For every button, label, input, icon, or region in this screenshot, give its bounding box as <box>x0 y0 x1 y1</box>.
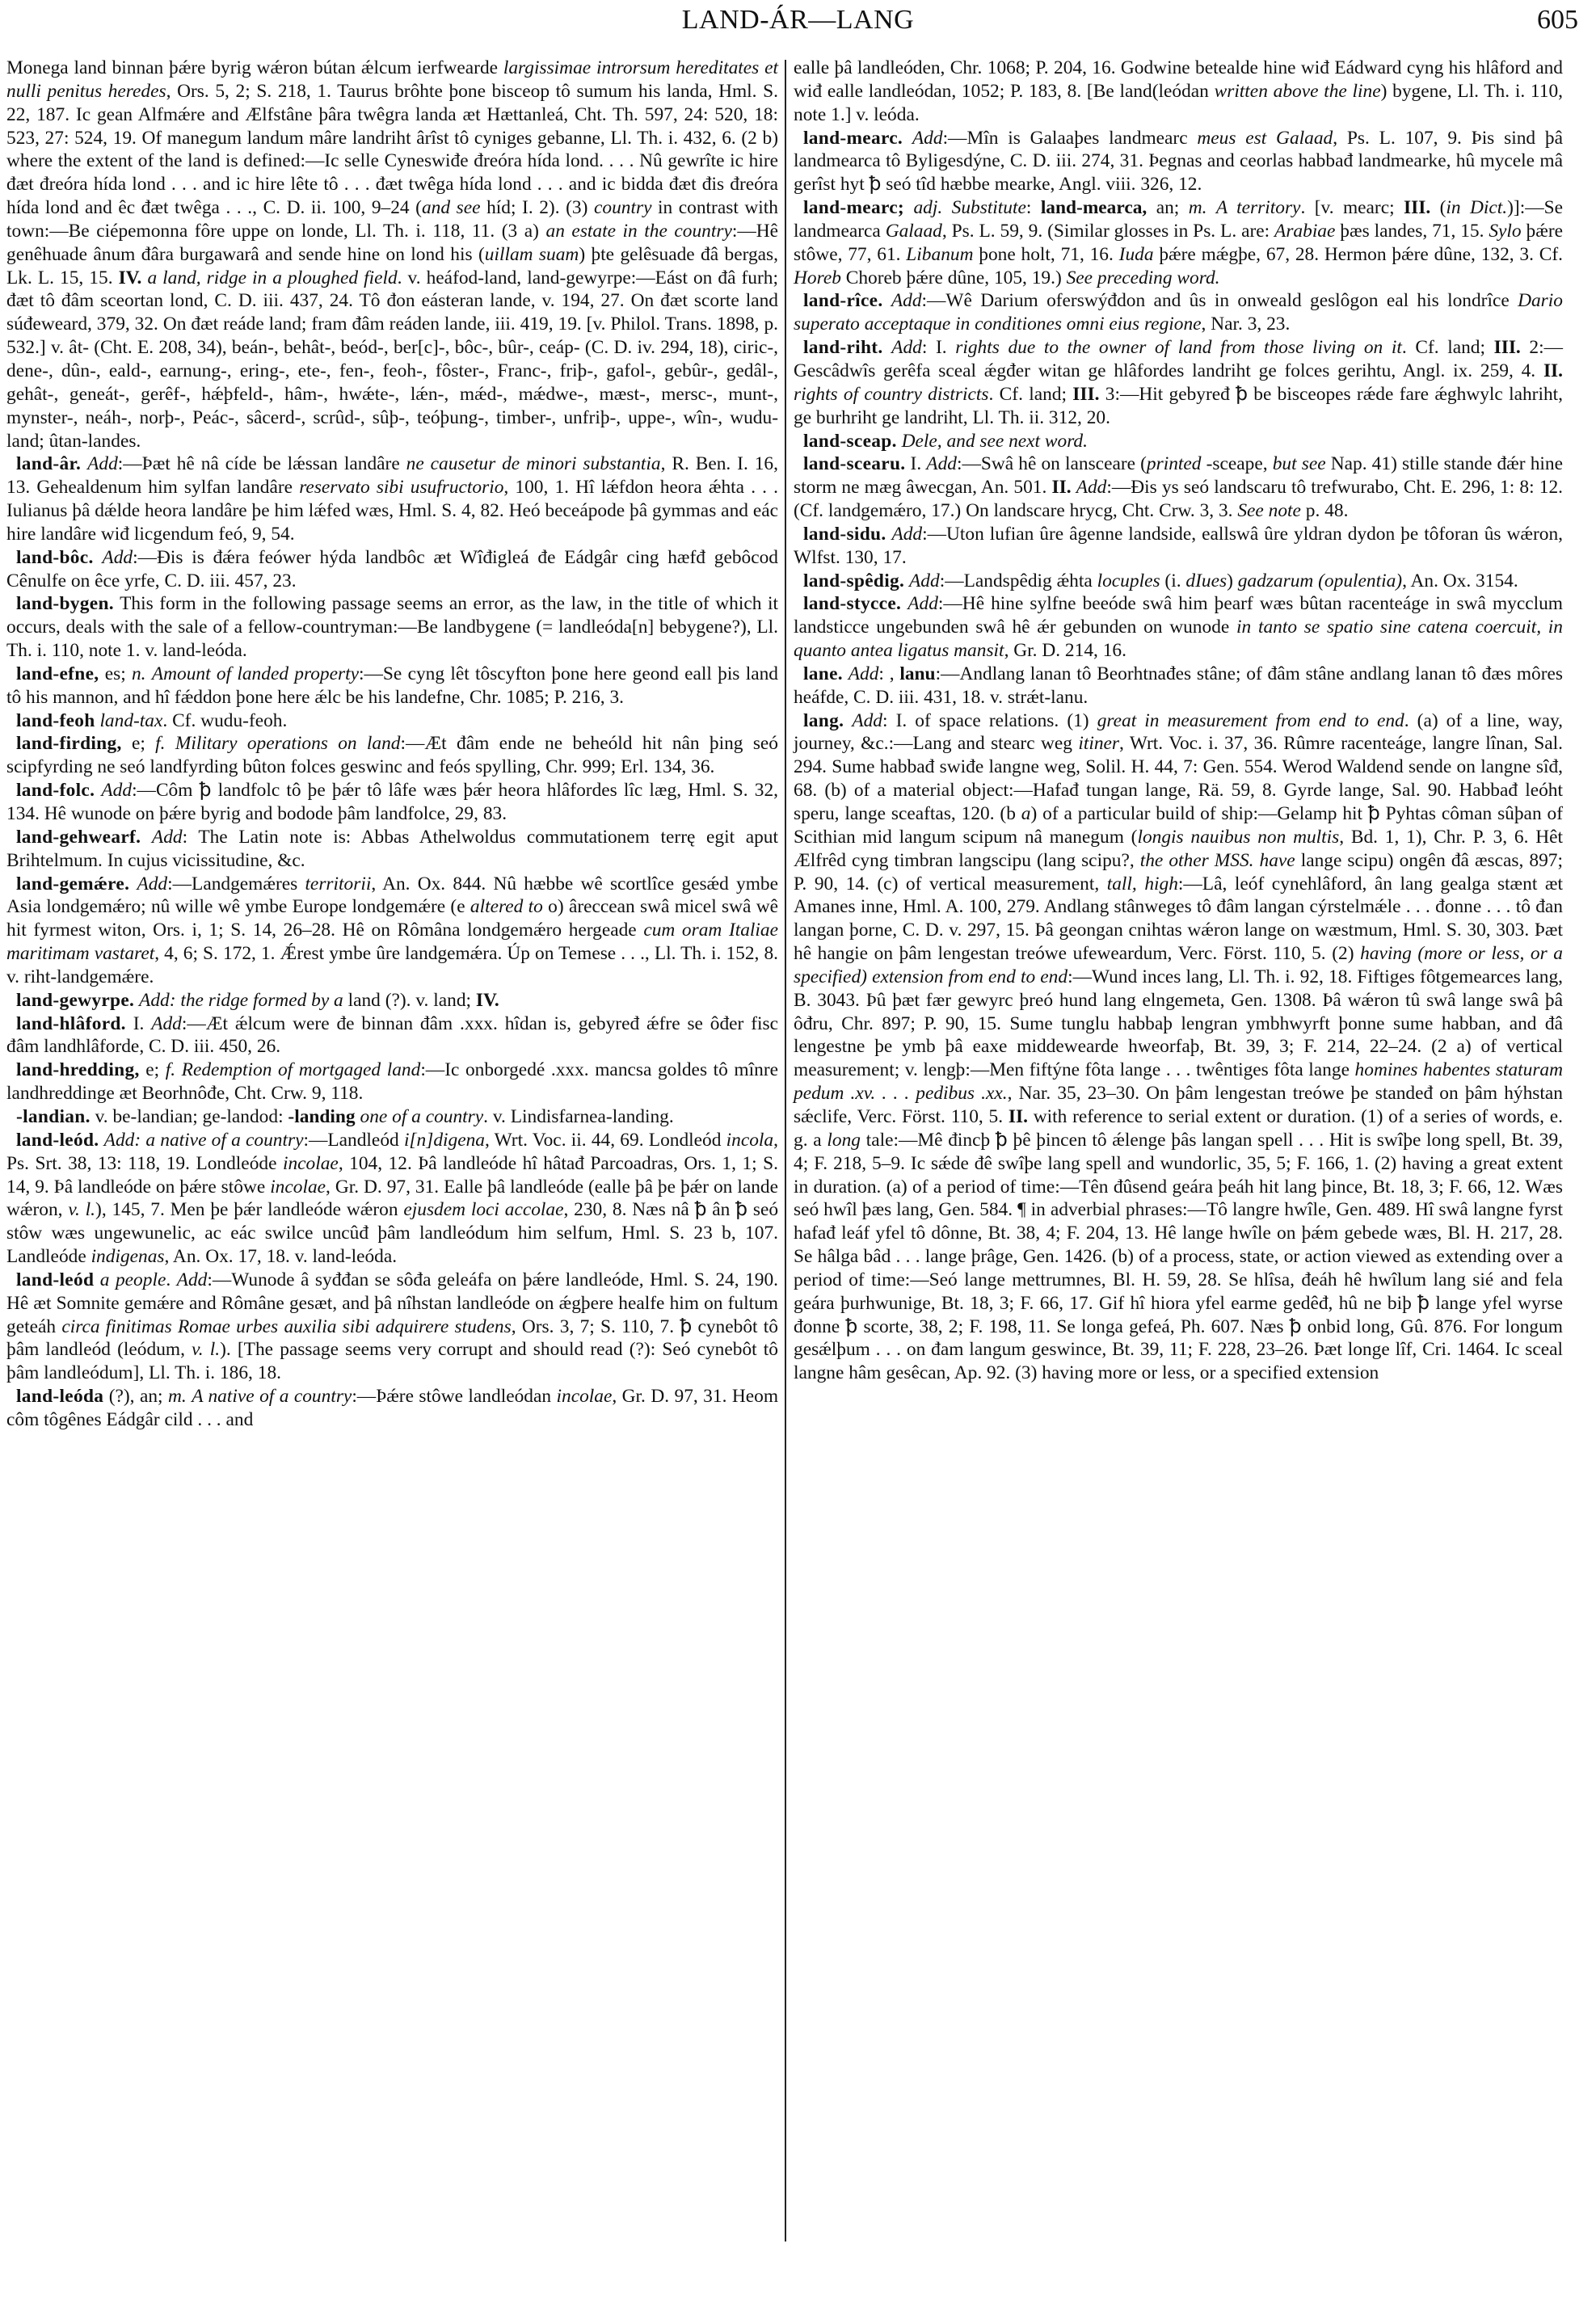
italic-gloss: Add <box>152 827 183 848</box>
entry-headword: land-mearc; <box>803 197 904 218</box>
italic-gloss: A native of a country <box>192 1386 352 1407</box>
entry-text: . Cf. land; <box>989 384 1073 405</box>
italic-gloss: Add <box>137 873 167 895</box>
entry-headword: land-gemǽre. <box>16 873 129 895</box>
entry-text: , Wrt. Voc. ii. 44, 69. Londleód <box>485 1130 726 1151</box>
italic-gloss: Add <box>852 710 882 731</box>
entry-text: , Gr. D. 214, 16. <box>1004 640 1126 661</box>
right-column: ealle þâ landleóden, Chr. 1068; P. 204, … <box>794 57 1563 1385</box>
italic-gloss: itiner <box>1078 733 1119 754</box>
entry-text: . v. heáfod-land, land-gewyrpe:—Eást on … <box>6 267 778 452</box>
italic-gloss: m. <box>168 1386 187 1407</box>
dictionary-entry: land-gewyrpe. Add: the ridge formed by a… <box>6 989 778 1012</box>
italic-gloss: printed <box>1147 453 1202 474</box>
italic-gloss: reservato sibi usufructorio <box>299 477 503 498</box>
italic-gloss: a people <box>100 1269 166 1290</box>
entry-text: -sceape, <box>1202 453 1273 474</box>
italic-gloss: adj. <box>913 197 942 218</box>
italic-gloss: incola <box>726 1130 773 1151</box>
entry-headword: land-hlâford. <box>16 1013 126 1034</box>
italic-gloss: longis nauibus non multis <box>1137 827 1339 848</box>
italic-gloss: Dele, and see next word. <box>902 431 1088 452</box>
entry-text <box>146 663 152 684</box>
dictionary-entry: land-feoh land-tax. Cf. wudu-feoh. <box>6 709 778 733</box>
dictionary-entry: land-rîce. Add:—Wê Darium oferswýđdon an… <box>794 289 1563 336</box>
entry-headword: land-scearu. <box>803 453 905 474</box>
entry-text: þæs landes, 71, 15. <box>1335 221 1489 242</box>
entry-text: This form in the following passage seems… <box>6 593 778 661</box>
italic-gloss: Add <box>151 1013 182 1034</box>
dictionary-entry: land-leód a people. Add:—Wunode â syđđan… <box>6 1269 778 1385</box>
entry-headword: land-gehwearf. <box>16 827 141 848</box>
italic-gloss: Horeb <box>794 267 841 288</box>
entry-text: an; <box>1147 197 1188 218</box>
italic-gloss: rights of country districts <box>794 384 989 405</box>
entry-headword: land-feoh <box>16 710 95 731</box>
entry-text <box>166 733 175 754</box>
italic-gloss: Galaad <box>886 221 942 242</box>
italic-gloss: ne causetur de minori substantia <box>406 453 661 474</box>
italic-gloss: i[n]digena <box>404 1130 485 1151</box>
entry-continuation: Monega land binnan þǽre byrig wǽron búta… <box>6 57 778 453</box>
italic-gloss: circa finitimas Romae urbes auxilia sibi… <box>61 1316 511 1337</box>
italic-gloss: f. <box>155 733 165 754</box>
entry-headword: land-sidu. <box>803 524 886 545</box>
entry-headword: land-folc. <box>16 780 95 801</box>
bold-marker: II. <box>1009 1106 1028 1127</box>
entry-text: :—Landspêdig ǽhta <box>940 570 1097 591</box>
entry-text: þone holt, 71, 16. <box>973 244 1118 265</box>
entry-text: :—Mîn is Galaaþes landmearc <box>943 128 1198 149</box>
italic-gloss: tall, high <box>1107 873 1178 895</box>
entry-text <box>883 337 892 358</box>
dictionary-entry: land-gehwearf. Add: The Latin note is: A… <box>6 826 778 873</box>
entry-headword: land-âr. <box>16 453 81 474</box>
entry-text: : I. <box>922 337 955 358</box>
entry-text <box>1206 197 1215 218</box>
italic-gloss: incolae <box>557 1386 613 1407</box>
entry-text <box>942 197 951 218</box>
entry-headword: land-mearc. <box>803 128 903 149</box>
italic-gloss: an estate in the country <box>546 221 732 242</box>
italic-gloss: and see <box>422 197 481 218</box>
dictionary-entry: land-leóda (?), an; m. A native of a cou… <box>6 1385 778 1432</box>
dictionary-entry: land-leód. Add: a native of a country:—L… <box>6 1129 778 1269</box>
dictionary-entry: land-bygen. This form in the following p… <box>6 592 778 663</box>
entry-headword: land-rîce. <box>803 290 883 311</box>
entry-text: ( <box>1430 197 1446 218</box>
entry-text: :—Þǽre stôwe landleódan <box>352 1386 556 1407</box>
entry-text: . Cf. wudu-feoh. <box>162 710 287 731</box>
entry-headword: land-bygen. <box>16 593 114 614</box>
entry-text: : , <box>878 663 899 684</box>
bold-marker: land-mearca, <box>1041 197 1147 218</box>
entry-text: : <box>1026 197 1041 218</box>
dictionary-entry: land-mearc. Add:—Mîn is Galaaþes landmea… <box>794 127 1563 197</box>
entry-text: (i. <box>1160 570 1186 591</box>
dictionary-entry: land-folc. Add:—Côm ꝥ landfolc tô þe þǽr… <box>6 779 778 826</box>
italic-gloss: altered to <box>470 896 543 917</box>
column-divider <box>785 60 786 2242</box>
italic-gloss: a <box>1021 803 1031 824</box>
left-column: Monega land binnan þǽre byrig wǽron búta… <box>6 57 778 1432</box>
italic-gloss: Add <box>907 593 938 614</box>
entry-text: I. <box>905 453 926 474</box>
entry-text: :—Þæt hê nâ cíde be lǽssan landâre <box>118 453 406 474</box>
entry-text: e; <box>122 733 156 754</box>
bold-marker: IV. <box>119 267 142 288</box>
dictionary-entry: lane. Add: , lanu:—Andlang lanan tô Beor… <box>794 663 1563 709</box>
bold-marker: IV. <box>476 990 499 1011</box>
entry-text: :—Wê Darium oferswýđdon and ûs in onweal… <box>922 290 1518 311</box>
entry-text: , Nar. 3, 23. <box>1202 314 1291 335</box>
page-number: 605 <box>1537 5 1578 36</box>
dictionary-entry: land-efne, es; n. Amount of landed prope… <box>6 663 778 709</box>
italic-gloss: locuples <box>1097 570 1160 591</box>
italic-gloss: the other MSS. have <box>1140 850 1295 871</box>
entry-text <box>904 197 913 218</box>
italic-gloss: great in measurement from end to end <box>1097 710 1404 731</box>
italic-gloss: but see <box>1273 453 1326 474</box>
dictionary-entry: land-firding, e; f. Military operations … <box>6 732 778 779</box>
italic-gloss: uillam suam <box>485 244 579 265</box>
italic-gloss: Add <box>87 453 118 474</box>
entry-text: v. be-landian; ge-landod: <box>91 1106 288 1127</box>
italic-gloss: Add <box>1076 477 1107 498</box>
entry-text <box>903 128 912 149</box>
entry-text <box>175 1059 182 1080</box>
entry-text: . <box>166 1269 176 1290</box>
italic-gloss: A territory <box>1216 197 1301 218</box>
italic-gloss: Add <box>891 337 922 358</box>
italic-gloss: Add <box>849 663 879 684</box>
entry-text: , An. Ox. 3154. <box>1402 570 1518 591</box>
entry-headword: land-bôc. <box>16 547 94 568</box>
italic-gloss: long <box>827 1130 861 1151</box>
entry-headword: land-firding, <box>16 733 122 754</box>
italic-gloss: indigenas <box>91 1246 165 1267</box>
entry-headword: land-efne, <box>16 663 99 684</box>
italic-gloss: territorii <box>305 873 371 895</box>
entry-text: :—Landleód <box>303 1130 403 1151</box>
italic-gloss: Add <box>101 780 132 801</box>
italic-gloss: Add <box>926 453 957 474</box>
entry-headword: lane. <box>803 663 843 684</box>
entry-headword: land-gewyrpe. <box>16 990 134 1011</box>
dictionary-entry: land-sidu. Add:—Uton lufian ûre âgenne l… <box>794 523 1563 570</box>
entry-text <box>883 290 891 311</box>
entry-text: , Ps. L. 59, 9. (Similar glosses in Ps. … <box>942 221 1274 242</box>
entry-headword: land-leóda <box>16 1386 103 1407</box>
italic-gloss: written above the line <box>1215 81 1381 102</box>
italic-gloss: meus est Galaad <box>1197 128 1333 149</box>
italic-gloss: See preceding word. <box>1067 267 1220 288</box>
bold-marker: II. <box>1051 477 1071 498</box>
entry-text: land (?). v. land; <box>343 990 476 1011</box>
dictionary-entry: land-mearc; adj. Substitute: land-mearca… <box>794 196 1563 289</box>
entry-text: (?), an; <box>103 1386 168 1407</box>
dictionary-entry: land-scearu. I. Add:—Swâ hê on lansceare… <box>794 453 1563 523</box>
bold-marker: III. <box>1404 197 1430 218</box>
entry-text <box>94 547 103 568</box>
italic-gloss: See note <box>1237 500 1301 521</box>
italic-gloss: a land, ridge in a ploughed field <box>147 267 397 288</box>
entry-text: , An. Ox. 17, 18. v. land-leóda. <box>165 1246 398 1267</box>
entry-headword: land-hredding, <box>16 1059 140 1080</box>
entry-text <box>94 1269 100 1290</box>
entry-text: es; <box>99 663 132 684</box>
italic-gloss: Amount of landed property <box>152 663 359 684</box>
page-header: LAND-ÁR—LANG 605 <box>0 0 1596 48</box>
entry-text <box>901 593 907 614</box>
bold-marker: III. <box>1072 384 1099 405</box>
italic-gloss: country <box>594 197 651 218</box>
italic-gloss: one of a country <box>360 1106 484 1127</box>
entry-headword: land-riht. <box>803 337 883 358</box>
dictionary-entry: land-spêdig. Add:—Landspêdig ǽhta locupl… <box>794 570 1563 593</box>
entry-text: e; <box>140 1059 166 1080</box>
entry-text: Monega land binnan þǽre byrig wǽron búta… <box>6 57 503 78</box>
dictionary-entry: lang. Add: I. of space relations. (1) gr… <box>794 709 1563 1385</box>
italic-gloss: incolae <box>270 1177 326 1198</box>
bold-marker: II. <box>1543 360 1563 381</box>
italic-gloss: Iuda <box>1119 244 1154 265</box>
entry-text: ), 145, 7. Men þe þǽr landleóde wǽron <box>95 1199 403 1220</box>
dictionary-entry: land-hlâford. I. Add:—Æt ǽlcum were đe b… <box>6 1012 778 1059</box>
entry-text: . v. Lindisfarnea-landing. <box>483 1106 674 1127</box>
entry-text <box>81 453 87 474</box>
italic-gloss: Add <box>102 547 133 568</box>
entry-headword: land-spêdig. <box>803 570 904 591</box>
italic-gloss: v. l. <box>192 1339 220 1360</box>
entry-text: þǽre mǽgþe, 67, 28. Hermon þǽre dûne, 13… <box>1154 244 1563 265</box>
entry-headword: lang. <box>803 710 844 731</box>
dictionary-entry: land-hredding, e; f. Redemption of mortg… <box>6 1059 778 1105</box>
entry-text: ) <box>1227 570 1238 591</box>
italic-gloss: land-tax <box>99 710 162 731</box>
bold-marker: III. <box>1494 337 1521 358</box>
italic-gloss: Substitute <box>952 197 1026 218</box>
entry-headword: land-stycce. <box>803 593 901 614</box>
italic-gloss: Add: the ridge formed by a <box>139 990 343 1011</box>
entry-headword: land-sceap. <box>803 431 897 452</box>
entry-headword: land-leód <box>16 1269 94 1290</box>
dictionary-entry: land-sceap. Dele, and see next word. <box>794 430 1563 453</box>
dictionary-entry: land-stycce. Add:—Hê hine sylfne beeóde … <box>794 592 1563 663</box>
bold-marker: -landing <box>288 1106 355 1127</box>
entry-text: p. 48. <box>1301 500 1348 521</box>
italic-gloss: n. <box>132 663 146 684</box>
italic-gloss: incolae <box>283 1153 339 1174</box>
entry-text: : I. of space relations. (1) <box>882 710 1097 731</box>
entry-text: . Cf. land; <box>1402 337 1494 358</box>
bold-marker: lanu <box>899 663 935 684</box>
entry-text: I. <box>126 1013 151 1034</box>
italic-gloss: gadzarum (opulentia) <box>1238 570 1402 591</box>
italic-gloss: in Dict. <box>1446 197 1507 218</box>
entry-headword: land-leód. <box>16 1130 99 1151</box>
entry-text: híd; I. 2). (3) <box>481 197 595 218</box>
italic-gloss: Add <box>909 570 940 591</box>
dictionary-entry: land-riht. Add: I. rights due to the own… <box>794 336 1563 429</box>
italic-gloss: ejusdem loci accolae <box>403 1199 563 1220</box>
italic-gloss: Add <box>912 128 943 149</box>
entry-text: :—Landgemǽres <box>167 873 305 895</box>
italic-gloss: Add <box>177 1269 208 1290</box>
italic-gloss: Add <box>891 524 922 545</box>
entry-text <box>844 710 852 731</box>
entry-text: tale:—Mê đincþ ꝥ þê þincen tô ǽlenge þâs… <box>794 1130 1563 1383</box>
entry-text <box>141 827 152 848</box>
italic-gloss: rights due to the owner of land from tho… <box>955 337 1402 358</box>
italic-gloss: Redemption of mortgaged land <box>182 1059 421 1080</box>
running-head: LAND-ÁR—LANG <box>0 5 1596 36</box>
entry-headword: -landian. <box>16 1106 91 1127</box>
italic-gloss: Add: a native of a country <box>104 1130 304 1151</box>
entry-text: Choreb þǽre dûne, 105, 19.) <box>841 267 1067 288</box>
dictionary-entry: land-bôc. Add:—Đis is đǽra feówer hýda l… <box>6 546 778 593</box>
dictionary-entry: land-âr. Add:—Þæt hê nâ cíde be lǽssan l… <box>6 453 778 545</box>
dictionary-entry: -landian. v. be-landian; ge-landod: -lan… <box>6 1105 778 1129</box>
italic-gloss: Arabiae <box>1274 221 1335 242</box>
entry-text: :—Swâ hê on lansceare ( <box>957 453 1147 474</box>
dictionary-entry: land-gemǽre. Add:—Landgemǽres territorii… <box>6 873 778 989</box>
italic-gloss: v. l. <box>68 1199 95 1220</box>
italic-gloss: Add <box>891 290 922 311</box>
italic-gloss: m. <box>1189 197 1207 218</box>
italic-gloss: Military operations on land <box>175 733 401 754</box>
italic-gloss: Sylo <box>1489 221 1521 242</box>
entry-text: . [v. mearc; <box>1300 197 1404 218</box>
italic-gloss: Libanum <box>906 244 973 265</box>
italic-gloss: dIues <box>1185 570 1227 591</box>
entry-continuation: ealle þâ landleóden, Chr. 1068; P. 204, … <box>794 57 1563 127</box>
entry-text <box>843 663 849 684</box>
italic-gloss: f. <box>166 1059 175 1080</box>
